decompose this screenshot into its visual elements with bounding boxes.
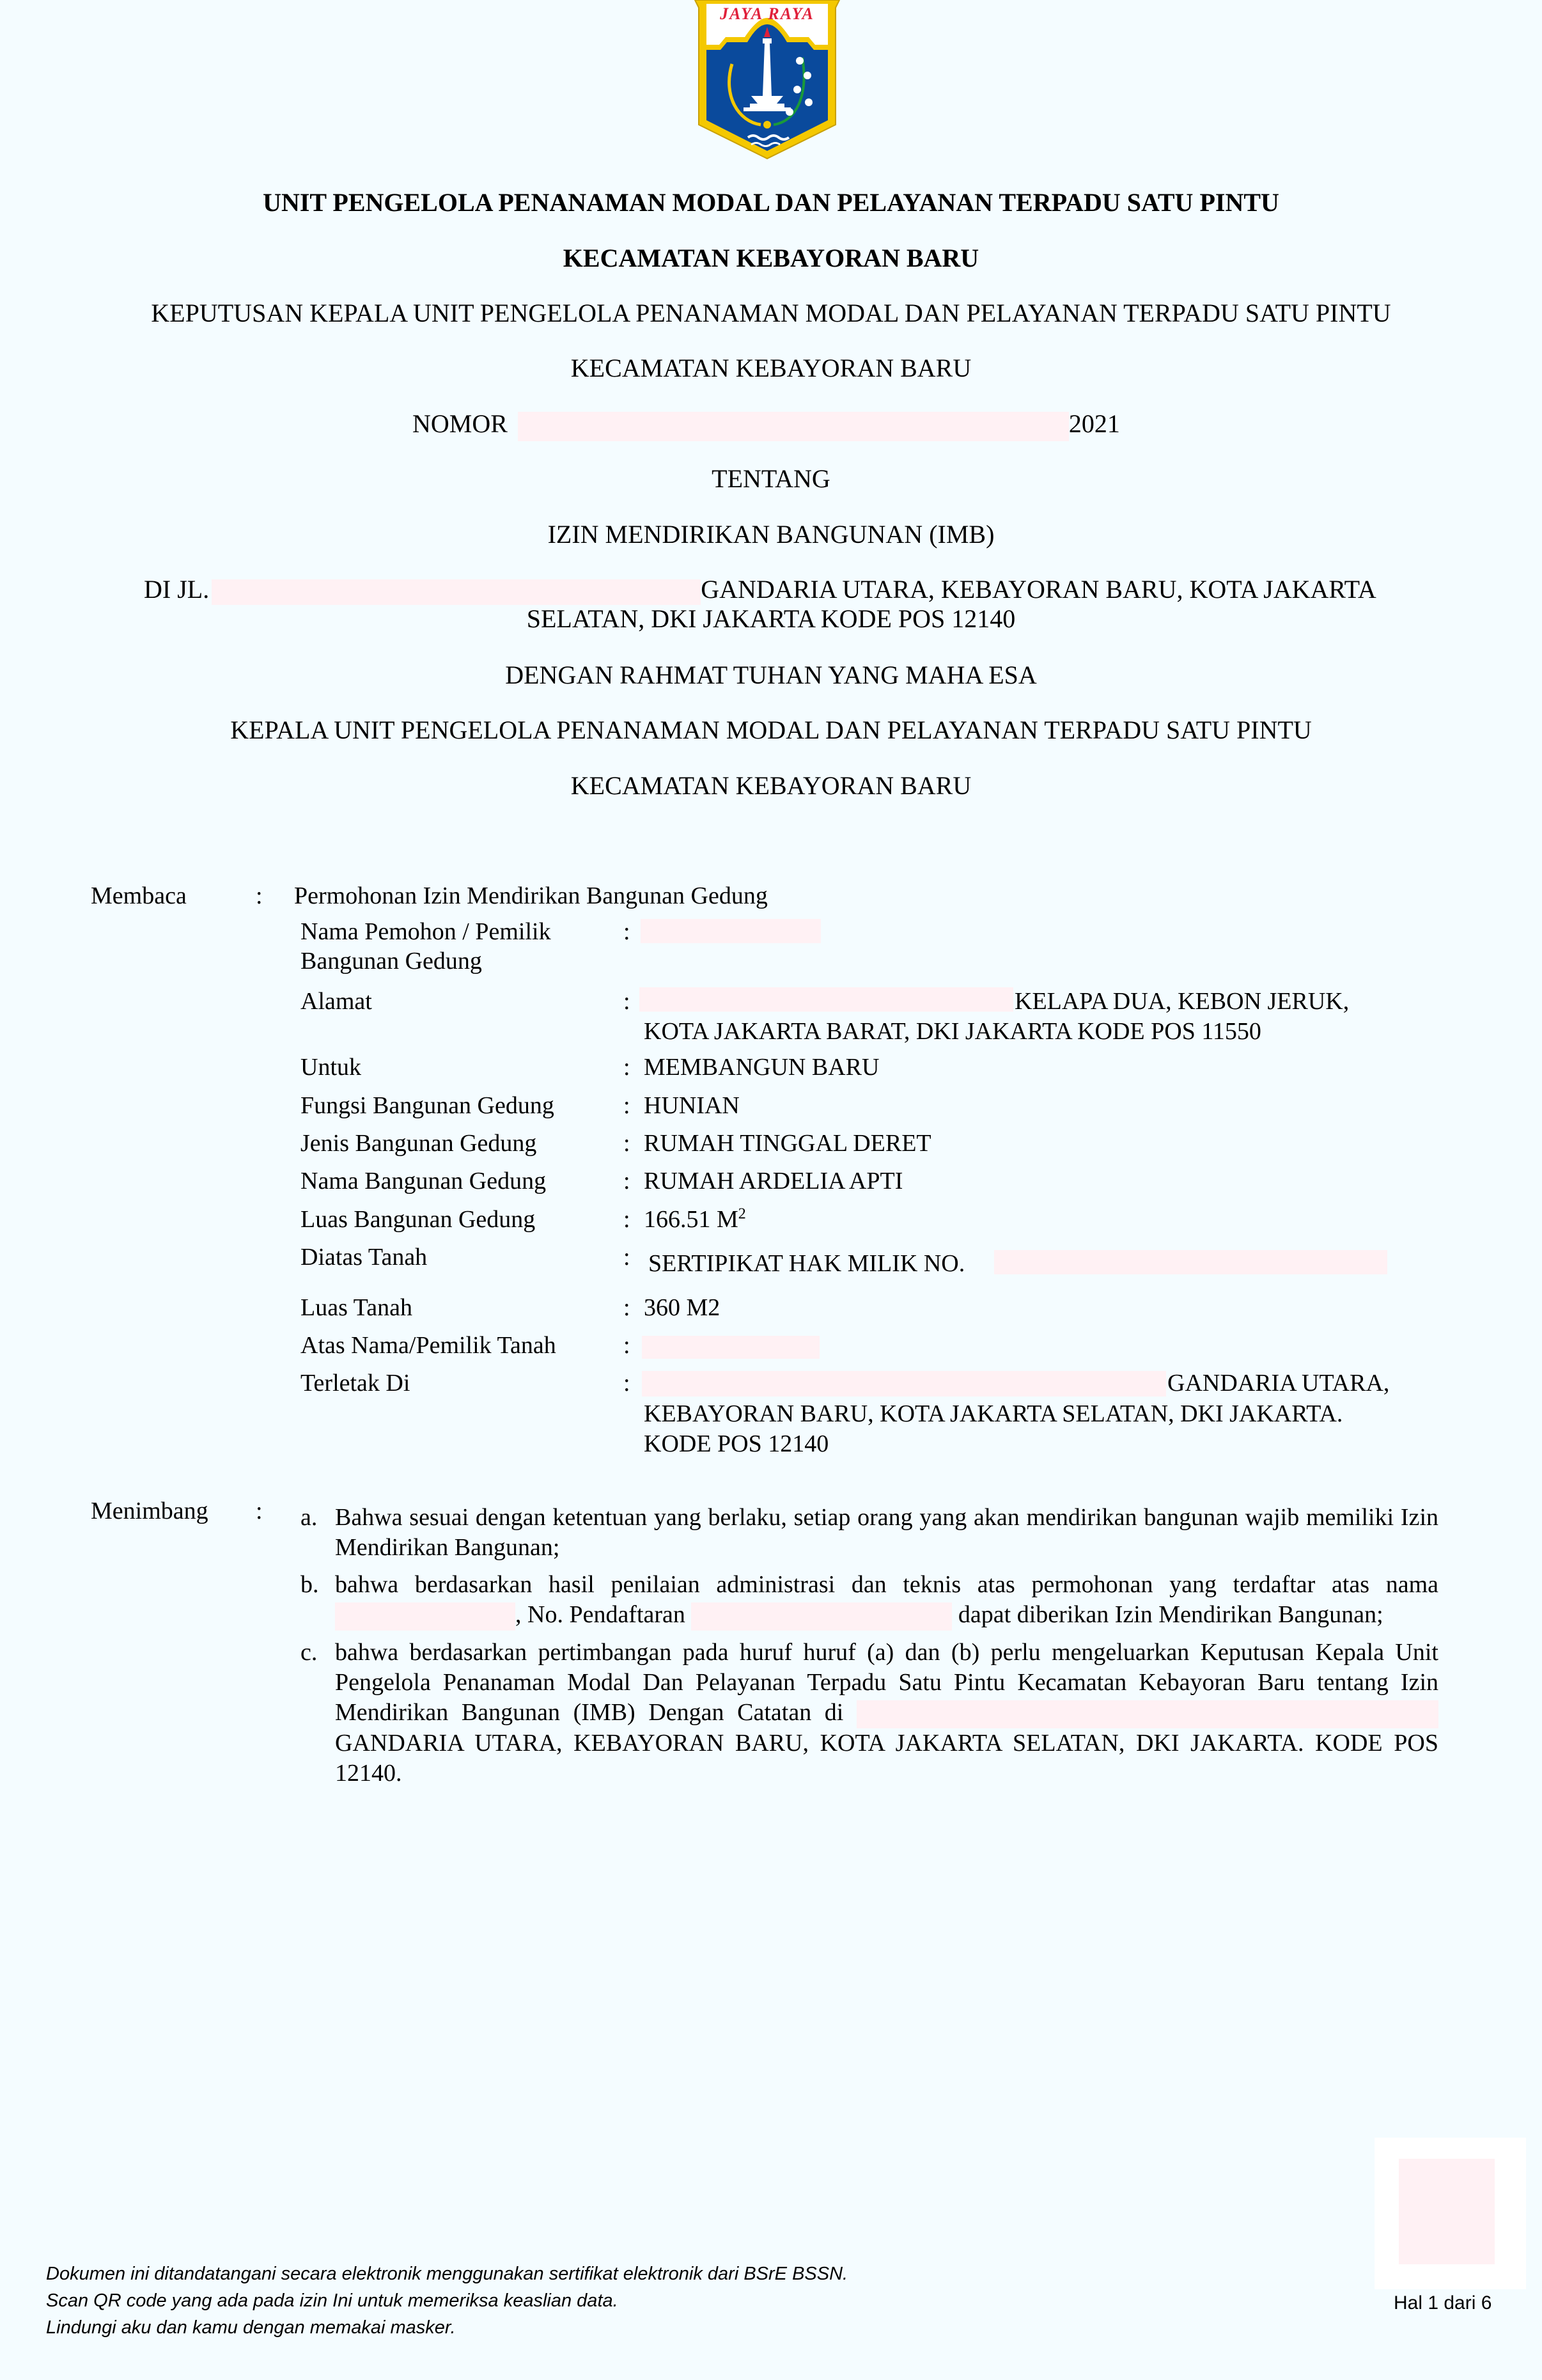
blessing: DENGAN RAHMAT TUHAN YANG MAHA ESA — [0, 660, 1542, 691]
membaca-intro: Permohonan Izin Mendirikan Bangunan Gedu… — [294, 881, 768, 911]
field-colon: : — [623, 1242, 630, 1272]
footer-qr-note: Scan QR code yang ada pada izin Ini untu… — [46, 2287, 618, 2314]
field-value-building-name: RUMAH ARDELIA APTI — [644, 1166, 903, 1196]
decree-number: NOMOR 2021 — [412, 409, 1120, 441]
unit-superscript: 2 — [738, 1205, 746, 1222]
field-colon: : — [623, 1166, 630, 1196]
redacted-address — [639, 987, 1013, 1012]
field-colon: : — [623, 1205, 630, 1234]
item-marker-c: c. — [300, 1638, 317, 1667]
redacted-street — [212, 579, 701, 605]
menimbang-label: Menimbang — [91, 1496, 208, 1526]
decree-subject: IZIN MENDIRIKAN BANGUNAN (IMB) — [0, 519, 1542, 550]
menimbang-colon: : — [256, 1496, 263, 1526]
building-area-number: 166.51 M — [644, 1206, 738, 1233]
redacted-land-address — [642, 1371, 1166, 1397]
nomor-year: 2021 — [1069, 409, 1120, 438]
location-suffix: GANDARIA UTARA, KEBAYORAN BARU, KOTA JAK… — [701, 575, 1376, 604]
field-label-purpose: Untuk — [300, 1053, 361, 1082]
location-line-2: SELATAN, DKI JAKARTA KODE POS 12140 — [0, 604, 1542, 634]
qr-code-icon — [1375, 2138, 1526, 2289]
item-marker-a: a. — [300, 1503, 317, 1532]
decree-title: KEPUTUSAN KEPALA UNIT PENGELOLA PENANAMA… — [0, 298, 1542, 329]
field-colon: : — [623, 987, 630, 1016]
field-value-purpose: MEMBANGUN BARU — [644, 1053, 879, 1082]
field-label-land-area: Luas Tanah — [300, 1293, 412, 1322]
redacted-catatan-address — [857, 1700, 1438, 1728]
consideration-b-text-1: bahwa berdasarkan hasil penilaian admini… — [335, 1571, 1438, 1598]
svg-text:JAYA RAYA: JAYA RAYA — [719, 4, 814, 23]
footer-mask-note: Lindungi aku dan kamu dengan memakai mas… — [46, 2314, 456, 2341]
field-label-applicant-2: Bangunan Gedung — [300, 946, 482, 976]
field-colon: : — [623, 1129, 630, 1158]
field-label-function: Fungsi Bangunan Gedung — [300, 1091, 554, 1120]
field-label-type: Jenis Bangunan Gedung — [300, 1129, 536, 1158]
item-marker-b: b. — [300, 1570, 319, 1599]
redacted-cert-number — [994, 1250, 1387, 1274]
agency-title: UNIT PENGELOLA PENANAMAN MODAL DAN PELAY… — [0, 187, 1542, 218]
field-value-land-area: 360 M2 — [644, 1293, 720, 1322]
field-value-located-3: KODE POS 12140 — [644, 1429, 829, 1459]
field-label-land-cert: Diatas Tanah — [300, 1242, 427, 1272]
jakarta-coat-of-arms-icon: JAYA RAYA — [687, 0, 847, 160]
field-label-address: Alamat — [300, 987, 372, 1016]
membaca-label: Membaca — [91, 881, 187, 911]
consideration-c: bahwa berdasarkan pertimbangan pada huru… — [335, 1638, 1438, 1789]
field-colon: : — [623, 1368, 630, 1398]
head-subtitle: KECAMATAN KEBAYORAN BARU — [0, 771, 1542, 801]
field-colon: : — [623, 1091, 630, 1120]
consideration-b: bahwa berdasarkan hasil penilaian admini… — [335, 1570, 1438, 1631]
field-value-located-1: GANDARIA UTARA, — [1167, 1368, 1389, 1398]
redacted-land-owner — [642, 1336, 820, 1359]
tentang-label: TENTANG — [0, 464, 1542, 494]
field-colon: : — [623, 1053, 630, 1082]
field-label-building-name: Nama Bangunan Gedung — [300, 1166, 546, 1196]
field-value-located-2: KEBAYORAN BARU, KOTA JAKARTA SELATAN, DK… — [644, 1399, 1343, 1429]
field-value-type: RUMAH TINGGAL DERET — [644, 1129, 931, 1158]
location-prefix: DI JL. — [144, 575, 209, 604]
agency-subtitle: KECAMATAN KEBAYORAN BARU — [0, 243, 1542, 274]
consideration-b-text-2: , No. Pendaftaran — [515, 1601, 685, 1628]
footer-esign-note: Dokumen ini ditandatangani secara elektr… — [46, 2260, 848, 2287]
redacted-applicant-name — [641, 919, 821, 943]
redacted-number — [518, 412, 1069, 441]
field-value-land-cert: SERTIPIKAT HAK MILIK NO. — [648, 1249, 965, 1278]
field-label-located-at: Terletak Di — [300, 1368, 410, 1398]
field-value-building-area: 166.51 M2 — [644, 1205, 746, 1234]
consideration-b-text-3: dapat diberikan Izin Mendirikan Bangunan… — [958, 1601, 1383, 1628]
field-colon: : — [623, 1293, 630, 1322]
page-indicator: Hal 1 dari 6 — [1394, 2292, 1491, 2314]
nomor-label: NOMOR — [412, 409, 508, 438]
redacted-qr-code — [1399, 2159, 1495, 2264]
field-value-address-2: KOTA JAKARTA BARAT, DKI JAKARTA KODE POS… — [644, 1017, 1261, 1046]
field-label-land-owner: Atas Nama/Pemilik Tanah — [300, 1331, 556, 1360]
redacted-registrant-name — [335, 1602, 515, 1631]
membaca-colon: : — [256, 881, 263, 911]
head-title: KEPALA UNIT PENGELOLA PENANAMAN MODAL DA… — [0, 715, 1542, 746]
field-value-address-1: KELAPA DUA, KEBON JERUK, — [1015, 987, 1349, 1016]
field-label-building-area: Luas Bangunan Gedung — [300, 1205, 535, 1234]
field-colon: : — [623, 917, 630, 946]
field-colon: : — [623, 1331, 630, 1360]
consideration-a: Bahwa sesuai dengan ketentuan yang berla… — [335, 1503, 1438, 1563]
field-label-applicant: Nama Pemohon / Pemilik — [300, 917, 551, 946]
decree-subtitle: KECAMATAN KEBAYORAN BARU — [0, 353, 1542, 384]
field-value-function: HUNIAN — [644, 1091, 740, 1120]
consideration-c-text-2: GANDARIA UTARA, KEBAYORAN BARU, KOTA JAK… — [335, 1730, 1438, 1787]
location-line-1: DI JL.GANDARIA UTARA, KEBAYORAN BARU, KO… — [144, 574, 1376, 605]
redacted-registration-number — [691, 1602, 952, 1631]
